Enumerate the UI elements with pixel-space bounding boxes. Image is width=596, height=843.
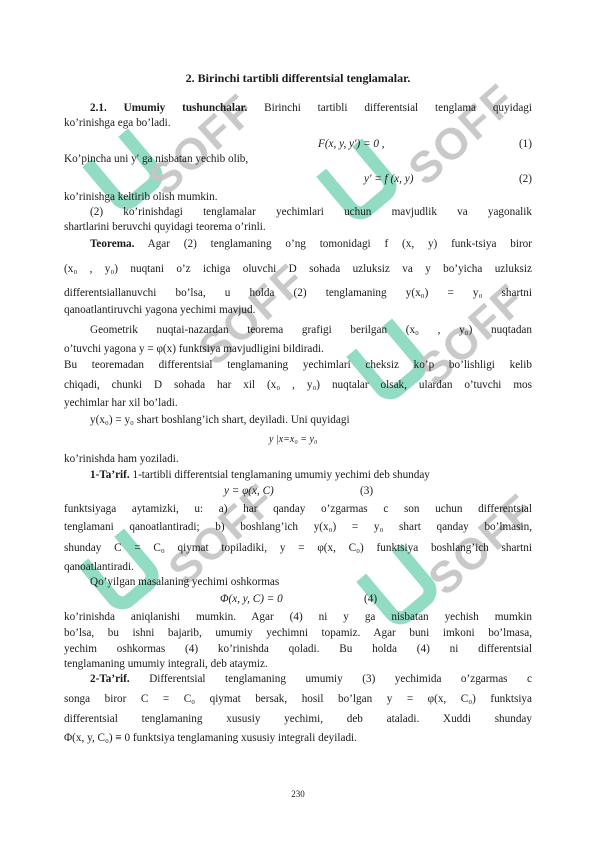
equation-1: F(x, y, y′) = 0 , [318, 137, 385, 152]
paragraph-line: ko’rinishga ega bo’ladi. [64, 116, 171, 131]
definition-1-line: funktsiyaga aytamizki, u: a) har qanday … [64, 502, 532, 517]
paragraph-line: (2) ko’rinishdagi tenglamalar yechimlari… [64, 205, 532, 220]
paragraph-line: yechimlar har xil bo’ladi. [64, 396, 178, 411]
paragraph-line: bo’lsa, bu ishni bajarib, umumiy yechimn… [64, 626, 532, 641]
theorem-line: differentsiallanuvchi bo’lsa, u holda (2… [64, 286, 532, 301]
theorem-text: Agar (2) tenglamaning o’ng tomonidagi f … [134, 238, 532, 250]
paragraph-line: Qo’yilgan masalaning yechimi oshkormas [64, 575, 279, 590]
subsection-heading: 2.1. Umumiy tushunchalar. [90, 102, 247, 114]
document-page: SOFF SOFF SOFF SOFF SOFF SOFF 2. Birinch… [0, 0, 596, 843]
paragraph-line: tenglamaning umumiy integrali, deb ataym… [64, 657, 268, 672]
section-title: 2. Birinchi tartibli differentsial tengl… [64, 71, 532, 86]
paragraph-line: ko’rinishda aniqlanishi mumkin. Agar (4)… [64, 610, 532, 625]
paragraph-line: chiqadi, chunki D sohada har xil (x₀ , y… [64, 378, 532, 393]
equation-initial-condition: y |x=x₀ = y₀ [269, 432, 317, 447]
definition-2-line: 2-Ta’rif. Differentsial tenglamaning umu… [64, 672, 532, 687]
paragraph-line: yechim oshkormas (4) ko’rinishda qoladi.… [64, 642, 532, 657]
definition-1-heading: 1-Ta’rif. [90, 469, 130, 481]
equation-3: y = φ(x, C) [224, 484, 274, 499]
watermark-text: SOFF [399, 74, 526, 195]
equation-number-1: (1) [519, 137, 532, 152]
theorem-line: qanoatlantiruvchi yagona yechimi mavjud. [64, 303, 255, 318]
definition-2-line: songa biror C = C₀ qiymat bersak, hosil … [64, 692, 532, 707]
definition-2-line: Φ(x, y, C₀) ≡ 0 funktsiya tenglamaning x… [64, 731, 357, 746]
equation-2: y′ = f (x, y) [364, 172, 413, 187]
theorem-heading: Teorema. [90, 238, 134, 250]
equation-4: Φ(x, y, C) = 0 [220, 592, 283, 607]
paragraph-line: y(x₀) = y₀ shart boshlang’ich shart, dey… [64, 413, 350, 428]
equation-number-3: (3) [360, 484, 373, 499]
definition-2-heading: 2-Ta’rif. [90, 673, 130, 685]
paragraph-line: Geometrik nuqtai-nazardan teorema grafig… [64, 323, 532, 338]
definition-1-line: 1-Ta’rif. 1-tartibli differentsial tengl… [64, 468, 430, 483]
paragraph-text: Birinchi tartibli differentsial tenglama… [247, 102, 532, 114]
equation-number-2: (2) [519, 172, 532, 187]
paragraph-line: ko’rinishga keltirib olish mumkin. [64, 190, 218, 205]
definition-text: 1-tartibli differentsial tenglamaning um… [130, 469, 430, 481]
paragraph-line: Bu teoremadan differentsial tenglamaning… [64, 358, 532, 373]
paragraph-line: o’tuvchi yagona y = φ(x) funktsiya mavju… [64, 342, 324, 357]
paragraph-line: Ko’pincha uni y′ ga nisbatan yechib olib… [64, 152, 248, 167]
page-number: 230 [0, 789, 596, 799]
paragraph-line: shartlarini beruvchi quyidagi teorema o’… [64, 220, 266, 235]
definition-1-line: tenglamani qanoatlantiradi; b) boshlang’… [64, 520, 532, 535]
equation-number-4: (4) [364, 592, 377, 607]
paragraph-intro: 2.1. Umumiy tushunchalar. Birinchi tarti… [64, 101, 532, 116]
theorem-line: Teorema. Agar (2) tenglamaning o’ng tomo… [64, 237, 532, 252]
definition-1-line: qanoatlantiradi. [64, 560, 134, 575]
definition-text: Differentsial tenglamaning umumiy (3) ye… [130, 673, 532, 685]
definition-1-line: shunday C = C₀ qiymat topiladiki, y = φ(… [64, 541, 532, 556]
paragraph-line: ko’rinishda ham yoziladi. [64, 452, 179, 467]
definition-2-line: differentsial tenglamaning xususiy yechi… [64, 712, 532, 727]
theorem-line: (x₀ , y₀) nuqtani o’z ichiga oluvchi D s… [64, 262, 532, 277]
